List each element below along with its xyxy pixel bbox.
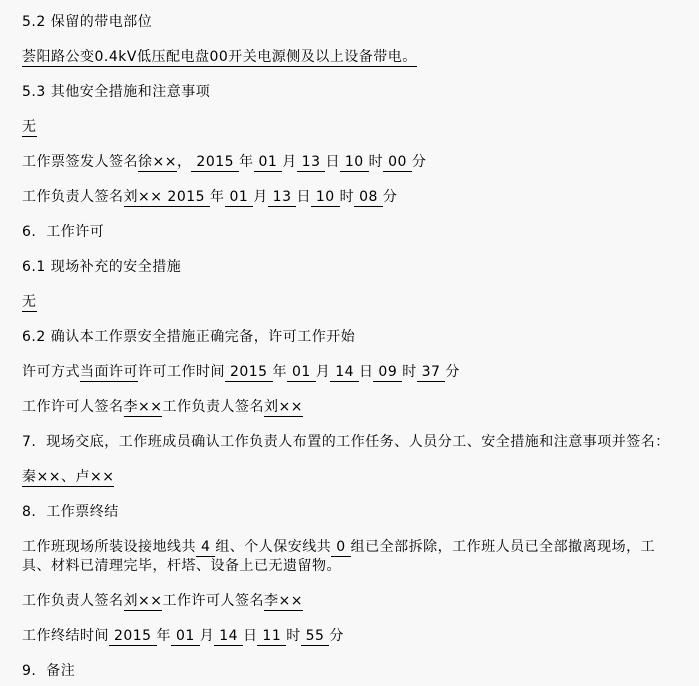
- minute-unit: 分: [445, 364, 460, 380]
- section-5-2-heading: 5.2 保留的带电部位: [22, 13, 676, 32]
- day-unit: 日: [243, 628, 258, 644]
- month-unit: 月: [200, 628, 215, 644]
- hour-unit: 时: [402, 364, 417, 380]
- day-unit: 日: [359, 364, 374, 380]
- section-5-3-heading: 5.3 其他安全措施和注意事项: [22, 83, 676, 102]
- end-minute-field: 55: [301, 628, 330, 646]
- permit-method-label: 许可方式: [22, 364, 80, 380]
- leader-signature-label: 工作负责人签名: [22, 189, 124, 205]
- year-unit: 年: [273, 364, 288, 380]
- end-month-field: 01: [171, 628, 200, 646]
- safety-wire-count-field: 0: [331, 539, 350, 557]
- minute-unit: 分: [383, 189, 398, 205]
- section-5-3-content-value: 无: [22, 119, 37, 137]
- hour-unit: 时: [369, 154, 384, 170]
- ground-wire-count-field: 4: [196, 539, 215, 557]
- section-6-1-heading: 6.1 现场补充的安全措施: [22, 258, 676, 277]
- issuer-month-field: 01: [254, 154, 283, 172]
- minute-unit: 分: [412, 154, 427, 170]
- minute-unit: 分: [329, 628, 344, 644]
- section-5-3-content-line: 无: [22, 118, 676, 137]
- issuer-hour-field: 10: [340, 154, 369, 172]
- month-unit: 月: [316, 364, 331, 380]
- month-unit: 月: [282, 154, 297, 170]
- termination-text-1: 工作班现场所装设接地线共: [22, 539, 196, 555]
- live-parts-line: 荟阳路公变0.4kV低压配电盘00开关电源侧及以上设备带电。: [22, 48, 676, 67]
- end-hour-field: 11: [257, 628, 286, 646]
- permitter-label: 工作许可人签名: [22, 399, 124, 415]
- section-6-2-heading: 6.2 确认本工作票安全措施正确完备，许可工作开始: [22, 328, 676, 347]
- permit-month-field: 01: [287, 364, 316, 382]
- hour-unit: 时: [286, 628, 301, 644]
- issuer-signature-label: 工作票签发人签名: [22, 154, 138, 170]
- permit-method-field: 当面许可: [80, 364, 138, 382]
- year-unit: 年: [157, 628, 172, 644]
- permitter-name-field: 李××: [124, 399, 163, 417]
- termination-leader-name-field: 刘××: [124, 593, 163, 611]
- issuer-year-field: 2015: [191, 154, 239, 172]
- live-parts-value: 荟阳路公变0.4kV低压配电盘00开关电源侧及以上设备带电。: [22, 49, 417, 67]
- issuer-name-field: 徐××: [138, 154, 177, 172]
- year-unit: 年: [210, 189, 225, 205]
- work-ticket-document: 5.2 保留的带电部位 荟阳路公变0.4kV低压配电盘00开关电源侧及以上设备带…: [0, 13, 699, 681]
- end-year-field: 2015: [109, 628, 157, 646]
- day-unit: 日: [325, 154, 340, 170]
- leader-day-field: 13: [268, 189, 297, 207]
- permit-signatures-line: 工作许可人签名李××工作负责人签名刘××: [22, 398, 676, 417]
- permit-hour-field: 09: [373, 364, 402, 382]
- permit-minute-field: 37: [417, 364, 446, 382]
- permit-leader-label: 工作负责人签名: [162, 399, 264, 415]
- leader-hour-field: 10: [311, 189, 340, 207]
- day-unit: 日: [296, 189, 311, 205]
- issuer-separator: ，: [177, 154, 192, 170]
- hour-unit: 时: [340, 189, 355, 205]
- termination-statement: 工作班现场所装设接地线共 4 组、个人保安线共 0 组已全部拆除，工作班人员已全…: [22, 538, 676, 576]
- permit-day-field: 14: [330, 364, 359, 382]
- permit-leader-name-field: 刘××: [264, 399, 303, 417]
- year-unit: 年: [239, 154, 254, 170]
- termination-text-2: 组、个人保安线共: [215, 539, 331, 555]
- issuer-signature-line: 工作票签发人签名徐××， 2015 年 01 月 13 日 10 时 00 分: [22, 153, 676, 172]
- section-9-heading: 9. 备注: [22, 662, 676, 681]
- month-unit: 月: [253, 189, 268, 205]
- crew-signatures-line: 秦××、卢××: [22, 468, 676, 487]
- leader-month-field: 01: [225, 189, 254, 207]
- end-day-field: 14: [214, 628, 243, 646]
- leader-signature-line: 工作负责人签名刘×× 2015 年 01 月 13 日 10 时 08 分: [22, 188, 676, 207]
- termination-permitter-label: 工作许可人签名: [162, 593, 264, 609]
- termination-signatures-line: 工作负责人签名刘××工作许可人签名李××: [22, 592, 676, 611]
- leader-name-year-field: 刘×× 2015: [124, 189, 211, 207]
- permit-time-line: 许可方式当面许可许可工作时间 2015 年 01 月 14 日 09 时 37 …: [22, 363, 676, 382]
- crew-signatures-value: 秦××、卢××: [22, 469, 114, 487]
- issuer-day-field: 13: [297, 154, 326, 172]
- section-7-heading: 7. 现场交底，工作班成员确认工作负责人布置的工作任务、人员分工、安全措施和注意…: [22, 433, 676, 452]
- issuer-minute-field: 00: [383, 154, 412, 172]
- section-6-1-content-value: 无: [22, 294, 37, 312]
- permit-year-field: 2015: [225, 364, 273, 382]
- leader-minute-field: 08: [354, 189, 383, 207]
- section-6-heading: 6. 工作许可: [22, 223, 676, 242]
- permit-time-label: 许可工作时间: [138, 364, 225, 380]
- end-time-label: 工作终结时间: [22, 628, 109, 644]
- termination-permitter-name-field: 李××: [264, 593, 303, 611]
- end-time-line: 工作终结时间 2015 年 01 月 14 日 11 时 55 分: [22, 627, 676, 646]
- section-8-heading: 8. 工作票终结: [22, 503, 676, 522]
- termination-leader-label: 工作负责人签名: [22, 593, 124, 609]
- section-6-1-content-line: 无: [22, 293, 676, 312]
